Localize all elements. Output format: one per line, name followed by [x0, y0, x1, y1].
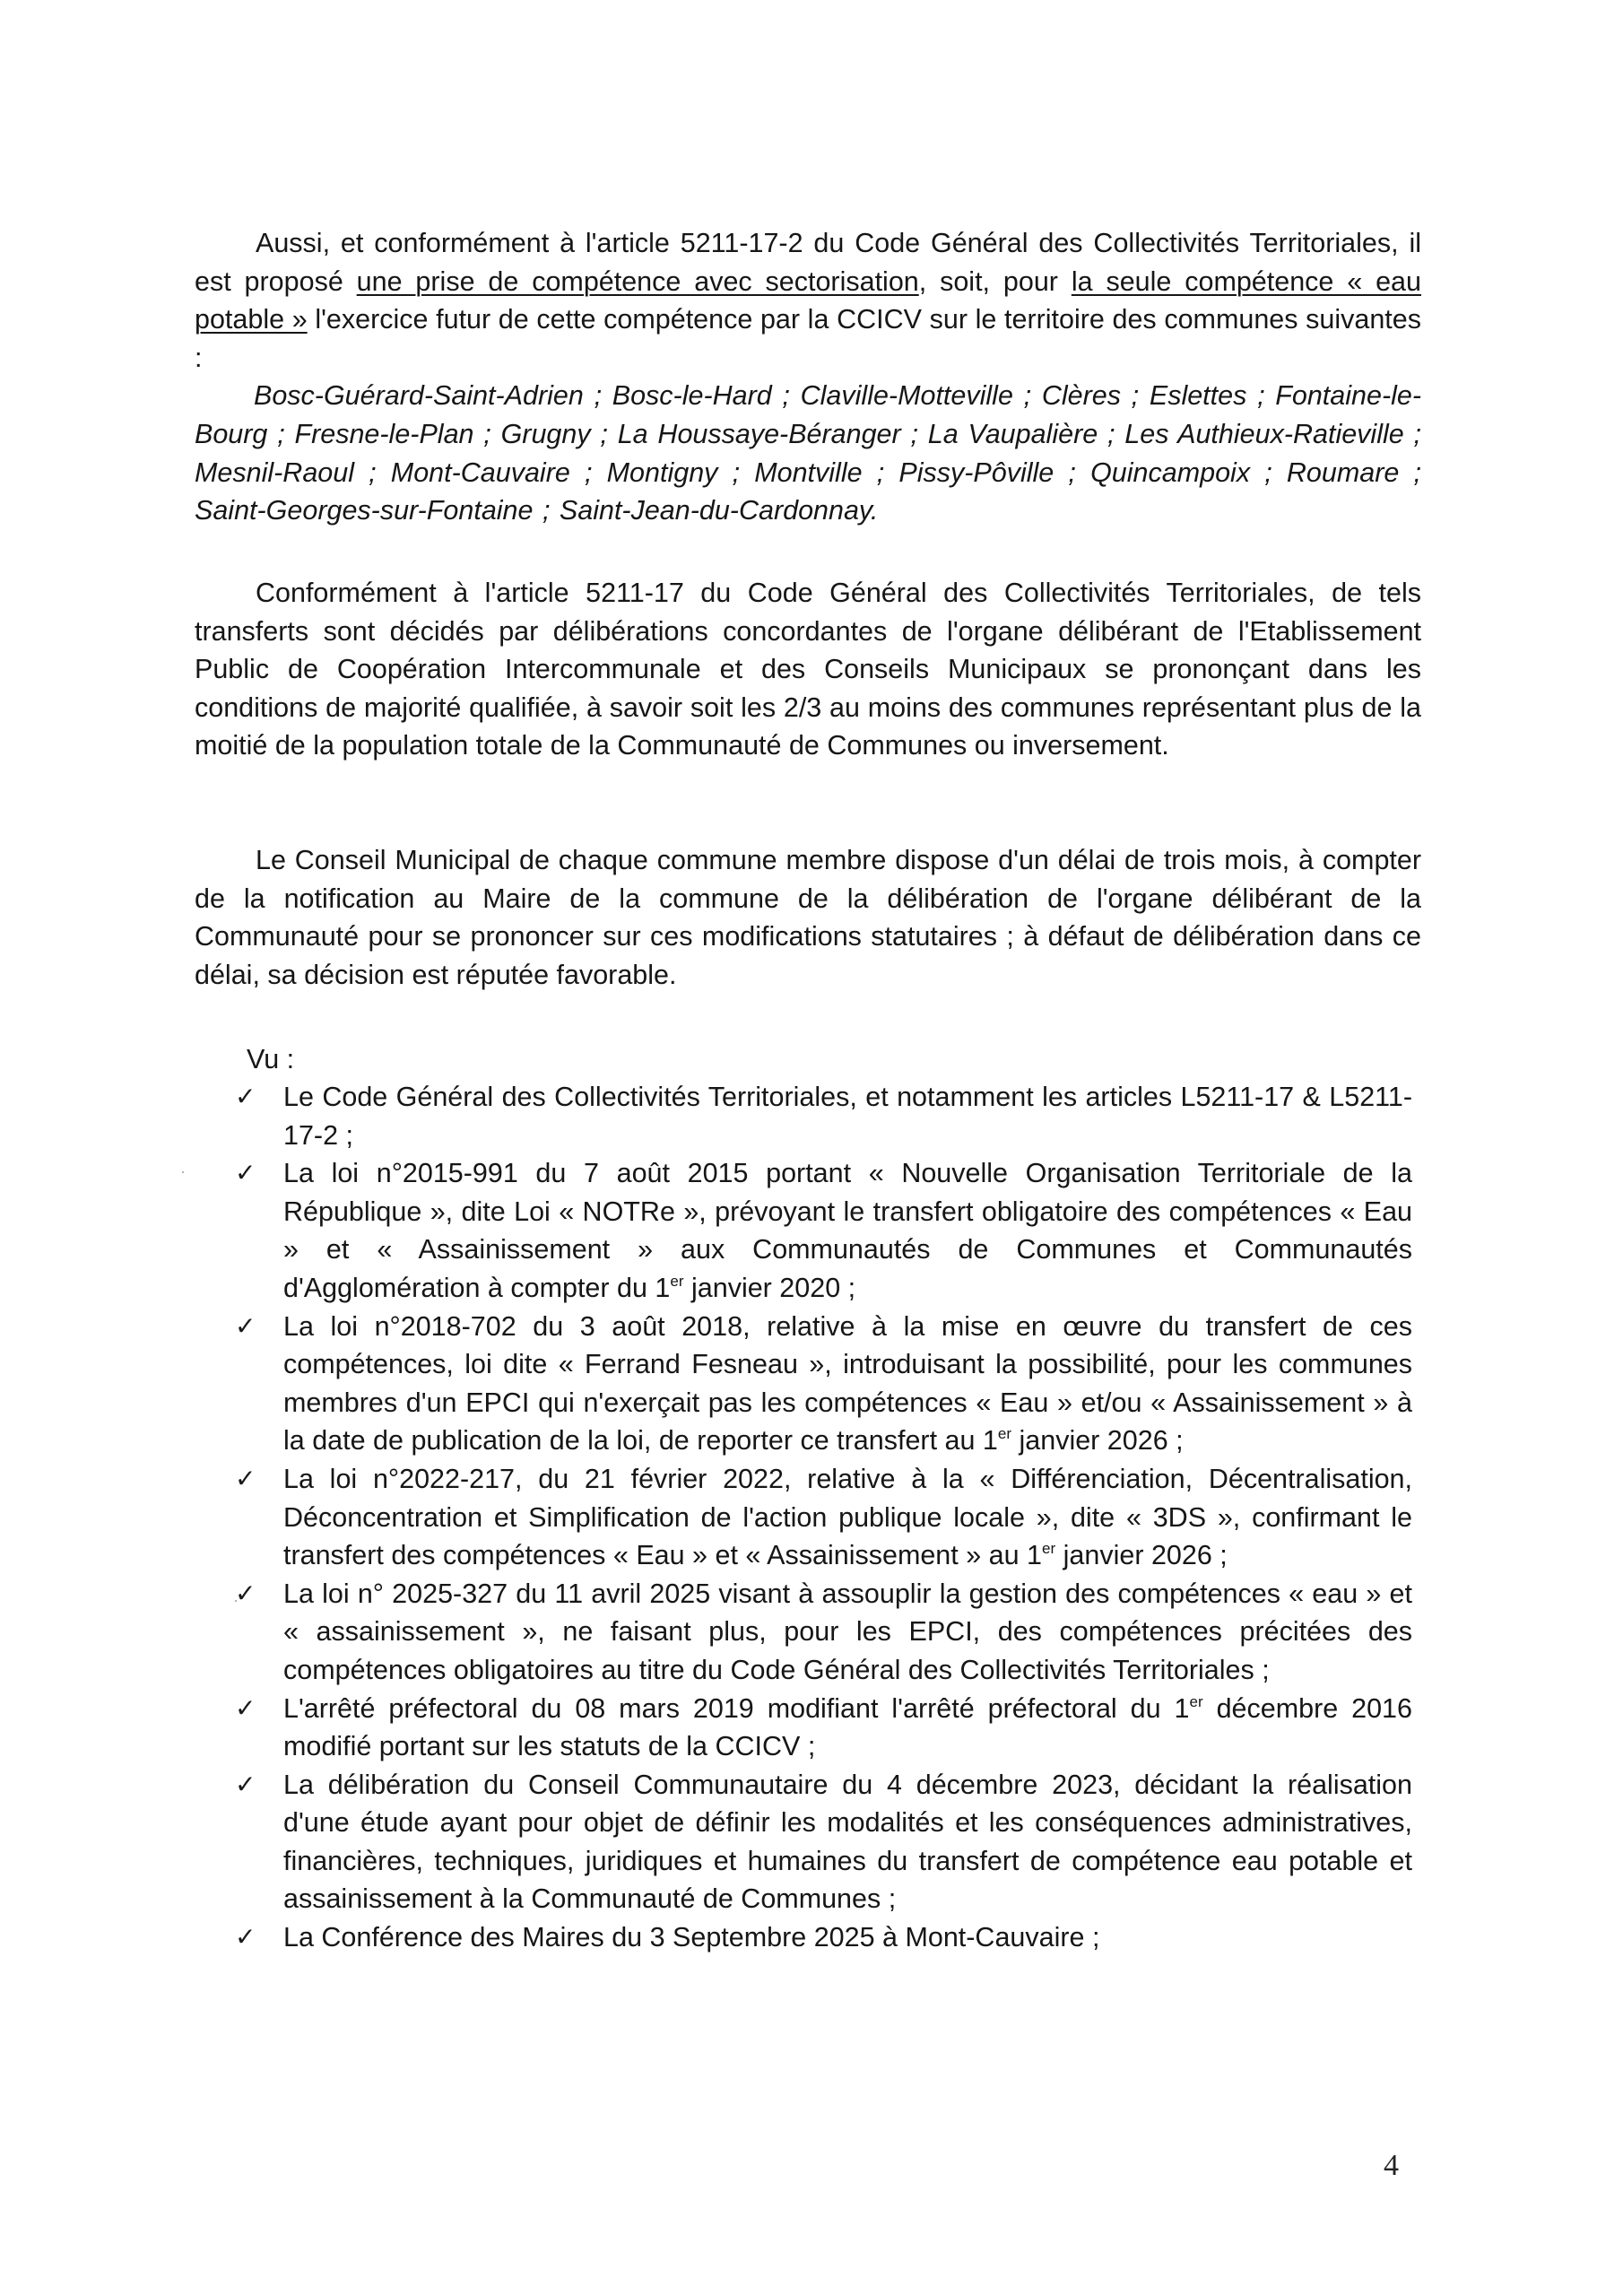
vu-item-text: L'arrêté préfectoral du 08 mars 2019 mod…	[283, 1693, 1190, 1724]
vu-item-text-end: janvier 2026 ;	[1011, 1425, 1184, 1456]
checkmark-icon: ✓	[235, 1766, 262, 1805]
vu-item-loi-ferrand-fesneau: ✓ La loi n°2018-702 du 3 août 2018, rela…	[235, 1308, 1412, 1460]
underlined-sectorisation: une prise de compétence avec sectorisati…	[357, 266, 919, 297]
paragraph-intro-end: l'exercice futur de cette compétence par…	[195, 304, 1421, 373]
checkmark-icon: ✓	[235, 1690, 262, 1728]
page-number: 4	[1384, 2149, 1399, 2183]
checkmark-icon: ✓	[235, 1460, 262, 1499]
paragraph-intro: Aussi, et conformément à l'article 5211-…	[195, 224, 1421, 377]
vu-item-text-end: janvier 2020 ;	[684, 1273, 856, 1303]
scan-speck	[182, 1171, 184, 1173]
vu-item-deliberation-conseil: ✓ La délibération du Conseil Communautai…	[235, 1766, 1412, 1918]
vu-item-loi-3ds: ✓ La loi n°2022-217, du 21 février 2022,…	[235, 1460, 1412, 1575]
paragraph-article-5211-17: Conformément à l'article 5211-17 du Code…	[195, 574, 1421, 765]
vu-item-text: La Conférence des Maires du 3 Septembre …	[283, 1922, 1099, 1952]
vu-label: Vu :	[247, 1040, 294, 1079]
document-page: Aussi, et conformément à l'article 5211-…	[0, 0, 1623, 2296]
vu-item-text: La loi n° 2025-327 du 11 avril 2025 visa…	[283, 1578, 1412, 1685]
vu-item-text: La loi n°2022-217, du 21 février 2022, r…	[283, 1464, 1412, 1570]
ordinal-superscript: er	[1190, 1693, 1203, 1710]
vu-item-text: La loi n°2018-702 du 3 août 2018, relati…	[283, 1311, 1412, 1457]
checkmark-icon: ✓	[235, 1308, 262, 1346]
scan-speck	[235, 1600, 237, 1602]
paragraph-transfers-text: Conformément à l'article 5211-17 du Code…	[195, 574, 1421, 765]
vu-item-text: La délibération du Conseil Communautaire…	[283, 1770, 1412, 1915]
ordinal-superscript: er	[998, 1425, 1011, 1442]
checkmark-icon: ✓	[235, 1154, 262, 1193]
vu-item-loi-2025-327: ✓ La loi n° 2025-327 du 11 avril 2025 vi…	[235, 1575, 1412, 1690]
ordinal-superscript: er	[1042, 1540, 1055, 1557]
paragraph-intro-middle: , soit, pour	[919, 266, 1072, 297]
vu-item-text: Le Code Général des Collectivités Territ…	[283, 1082, 1412, 1151]
checkmark-icon: ✓	[235, 1918, 262, 1957]
paragraph-conseil-municipal: Le Conseil Municipal de chaque commune m…	[195, 841, 1421, 994]
vu-checklist: ✓ Le Code Général des Collectivités Terr…	[235, 1078, 1412, 1957]
vu-item-text-end: janvier 2026 ;	[1055, 1540, 1228, 1570]
paragraph-competence-sectorisation: Aussi, et conformément à l'article 5211-…	[195, 224, 1421, 530]
ordinal-superscript: er	[670, 1273, 683, 1290]
checkmark-icon: ✓	[235, 1575, 262, 1613]
communes-list: Bosc-Guérard-Saint-Adrien ; Bosc-le-Hard…	[195, 377, 1421, 529]
vu-item-cgct: ✓ Le Code Général des Collectivités Terr…	[235, 1078, 1412, 1154]
checkmark-icon: ✓	[235, 1078, 262, 1117]
vu-item-loi-notre: ✓ La loi n°2015-991 du 7 août 2015 porta…	[235, 1154, 1412, 1307]
vu-item-conference-maires: ✓ La Conférence des Maires du 3 Septembr…	[235, 1918, 1412, 1957]
paragraph-delay-text: Le Conseil Municipal de chaque commune m…	[195, 841, 1421, 994]
vu-item-arrete-prefectoral: ✓ L'arrêté préfectoral du 08 mars 2019 m…	[235, 1690, 1412, 1766]
